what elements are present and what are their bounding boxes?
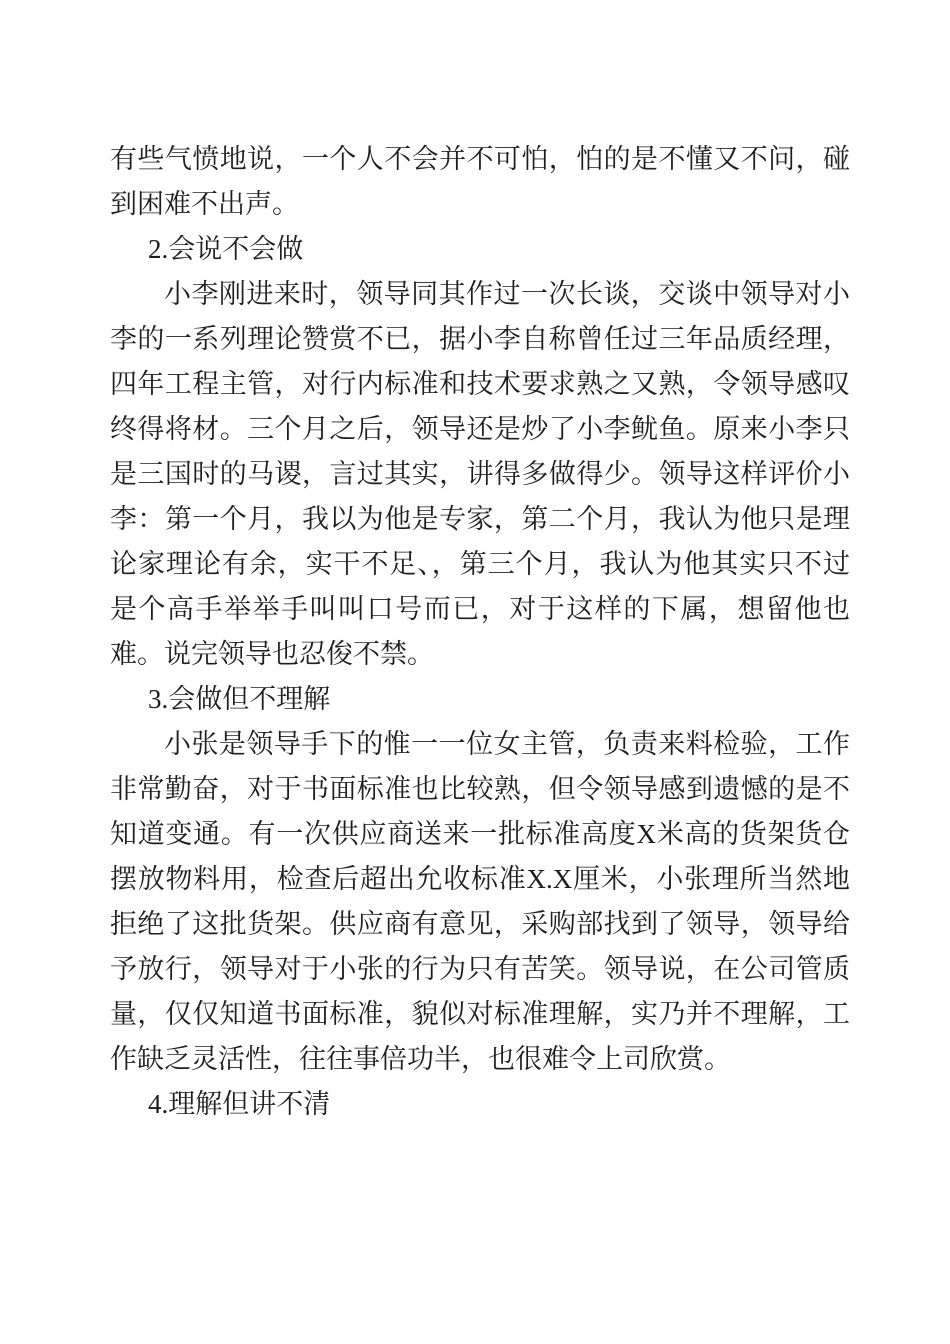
paragraph-xiaoli-story: 小李刚进来时，领导同其作过一次长谈，交谈中领导对小李的一系列理论赞赏不已，据小李… [110, 272, 850, 677]
section-heading-4: 4.理解但讲不清 [110, 1082, 850, 1127]
document-text-block: 有些气愤地说，一个人不会并不可怕，怕的是不懂又不问，碰到困难不出声。 2.会说不… [110, 137, 850, 1127]
section-heading-2: 2.会说不会做 [110, 227, 850, 272]
document-page: 有些气愤地说，一个人不会并不可怕，怕的是不懂又不问，碰到困难不出声。 2.会说不… [0, 0, 950, 1344]
section-heading-3: 3.会做但不理解 [110, 677, 850, 722]
paragraph-continuation: 有些气愤地说，一个人不会并不可怕，怕的是不懂又不问，碰到困难不出声。 [110, 137, 850, 227]
paragraph-xiaozhang-story: 小张是领导手下的惟一一位女主管，负责来料检验，工作非常勤奋，对于书面标准也比较熟… [110, 722, 850, 1082]
